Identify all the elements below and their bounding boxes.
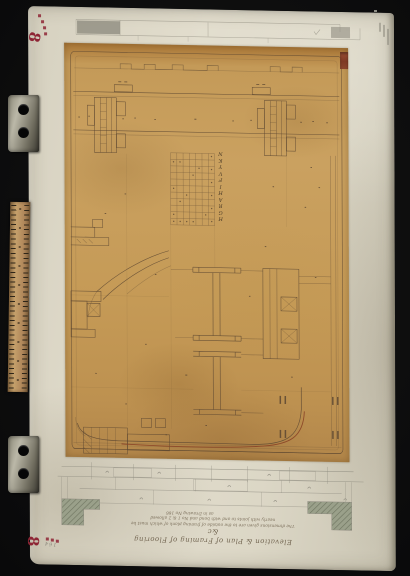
clip-hole — [18, 468, 29, 479]
plan-drawing-svg — [64, 43, 349, 463]
pencil-extension-top-svg — [68, 15, 368, 47]
grid-letter: H — [215, 215, 227, 222]
catalog-pencil-marks — [379, 23, 389, 53]
mount-board: 8 — [28, 6, 396, 571]
accession-stamp-top: 8 — [28, 14, 58, 59]
ruler-numerals — [17, 208, 21, 386]
handwritten-inscription: Elevation & Plan of Framing of Flooring … — [128, 508, 298, 546]
metal-clip-bottom — [8, 436, 39, 493]
pencil-shaded-bar — [331, 27, 350, 38]
metal-clip-top — [8, 95, 39, 152]
red-datum-curve — [121, 408, 304, 449]
ruler-ticks-right — [22, 205, 30, 389]
pencil-mark — [379, 23, 381, 32]
hatched-corner-block-right — [308, 501, 352, 530]
stamp-dot — [38, 14, 41, 17]
paper-edge-label — [340, 52, 348, 69]
hatched-corner-block-left — [62, 499, 100, 526]
pencil-mark — [383, 25, 385, 37]
clip-hole — [18, 104, 29, 115]
clip-hole — [18, 127, 29, 138]
grid-letter-column: NKYVFIHARGH — [214, 150, 226, 222]
grid-letter: N — [214, 150, 226, 157]
grid-letter: F — [215, 176, 227, 183]
drawing-paper: NKYVFIHARGH — [64, 43, 349, 463]
stamp-dot — [44, 32, 47, 35]
stamp-number: 8 — [24, 535, 42, 546]
ruler-ticks-left — [9, 205, 17, 389]
clip-hole — [18, 445, 29, 456]
stamp-dot — [43, 26, 46, 29]
accession-stamp-bottom: 8 164 — [26, 524, 86, 565]
pencil-scribble: 164 — [44, 540, 57, 548]
stamp-dot — [41, 20, 44, 23]
photograph-scene: 8 — [0, 0, 410, 576]
grid-letter: Y — [215, 163, 227, 170]
stamp-number: 8 — [25, 30, 45, 44]
pencil-mark — [387, 29, 389, 45]
measuring-ruler — [8, 202, 31, 392]
pencil-shaded-bar — [77, 20, 120, 34]
dust-speck — [374, 10, 377, 12]
inscription-title: Elevation & Plan of Framing of Flooring … — [128, 525, 298, 546]
